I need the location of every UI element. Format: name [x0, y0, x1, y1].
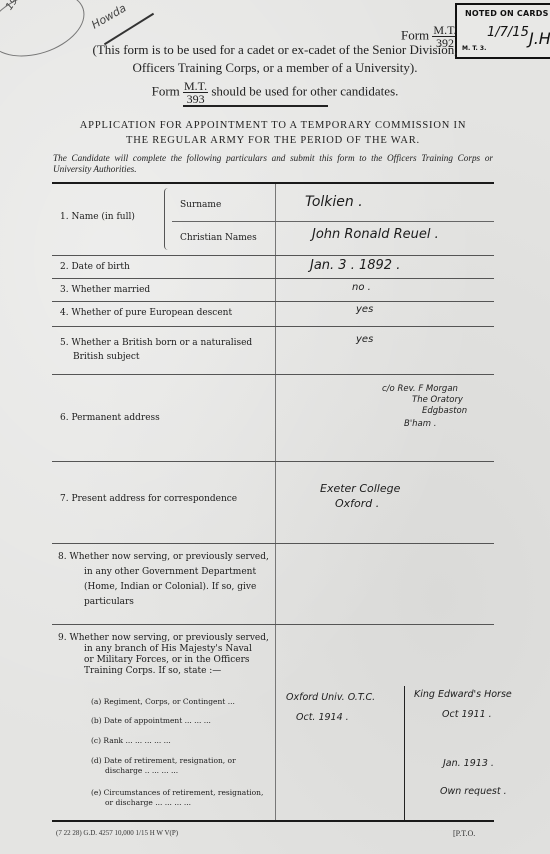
label-british-subject: 5. Whether a British born or a naturalis…: [60, 337, 252, 350]
value-british-subject: yes: [356, 334, 373, 345]
label-military-service-3: or Military Forces, or in the Officers: [84, 656, 250, 666]
label-military-service-4: Training Corps. If so, state :—: [84, 667, 221, 677]
label-married: 3. Whether married: [60, 284, 150, 297]
label-retirement-circumstances-2: or discharge ... ... ... ...: [105, 798, 191, 807]
row-divider: [52, 543, 494, 544]
value-permanent-address-1: c/o Rev. F Morgan: [382, 384, 458, 394]
stamp-date: 1/7/15: [487, 25, 529, 40]
pencil-note: Howda: [89, 1, 128, 31]
label-retirement-date: (d) Date of retirement, resignation, or: [91, 756, 236, 765]
label-govt-service-3: (Home, Indian or Colonial). If so, give: [84, 581, 256, 594]
value-permanent-address-4: B'ham .: [404, 419, 436, 429]
value-circumstances-2: Own request .: [440, 786, 507, 797]
name-brace: [164, 188, 171, 250]
value-regiment-1: Oxford Univ. O.T.C.: [286, 692, 375, 703]
intro-line-1: (This form is to be used for a cadet or …: [50, 42, 500, 58]
label-govt-service-2: in any other Government Department: [84, 566, 256, 579]
table-bottom-rule: [52, 820, 494, 822]
label-retirement-date-2: discharge .. ... ... ...: [105, 766, 178, 775]
value-christian-names: John Ronald Reuel .: [312, 227, 439, 242]
label-date-appointment: (b) Date of appointment ... ... ...: [91, 716, 211, 727]
row-divider: [52, 624, 494, 625]
value-appointment-1: Oct. 1914 .: [296, 712, 349, 723]
value-regiment-2: King Edward's Horse: [414, 689, 512, 700]
row-divider: [52, 255, 494, 256]
table-top-rule: [52, 182, 494, 184]
print-reference: (7 22 28) G.D. 4257 10,000 1/15 H W V(P): [56, 829, 178, 837]
label-british-subject-2: British subject: [73, 351, 140, 364]
column-divider: [275, 184, 276, 820]
value-retirement-date-2: Jan. 1913 .: [443, 758, 494, 769]
label-rank: (c) Rank ... ... ... ... ...: [91, 736, 171, 747]
label-regiment: (a) Regiment, Corps, or Contingent ...: [91, 697, 235, 708]
label-european-descent: 4. Whether of pure European descent: [60, 307, 232, 320]
divider: [183, 105, 328, 107]
intro-line-2: Officers Training Corps, or a member of …: [50, 60, 500, 76]
form-label: Form: [401, 27, 429, 42]
value-present-address-1: Exeter College: [320, 482, 400, 495]
value-permanent-address-3: Edgbaston: [422, 406, 467, 416]
row-divider: [52, 278, 494, 279]
value-date-of-birth: Jan. 3 . 1892 .: [310, 258, 400, 273]
label-permanent-address: 6. Permanent address: [60, 412, 160, 425]
row-divider: [172, 221, 494, 222]
label-name: 1. Name (in full): [60, 211, 135, 224]
title-line-2: THE REGULAR ARMY FOR THE PERIOD OF THE W…: [52, 134, 494, 148]
label-date-of-birth: 2. Date of birth: [60, 261, 130, 274]
stamp-initials: J.H.: [529, 29, 550, 48]
alt-form-note: Form M.T. 393 should be used for other c…: [50, 80, 500, 105]
label-christian-names: Christian Names: [180, 232, 257, 245]
value-permanent-address-2: The Oratory: [412, 395, 463, 405]
title-line-1: APPLICATION FOR APPOINTMENT TO A TEMPORA…: [52, 119, 494, 133]
label-military-service-1: 9. Whether now serving, or previously se…: [58, 634, 269, 644]
value-present-address-2: Oxford .: [335, 497, 379, 510]
service-column-divider: [404, 686, 405, 820]
row-divider: [52, 374, 494, 375]
please-turn-over: [P.T.O.: [453, 829, 475, 838]
label-surname: Surname: [180, 199, 221, 212]
label-military-service-2: in any branch of His Majesty's Naval: [84, 645, 252, 655]
label-govt-service-4: particulars: [84, 596, 134, 609]
instructions: The Candidate will complete the followin…: [53, 153, 493, 175]
row-divider: [52, 326, 494, 327]
label-retirement-circumstances: (e) Circumstances of retirement, resigna…: [91, 788, 263, 797]
row-divider: [52, 301, 494, 302]
row-divider: [52, 461, 494, 462]
value-european-descent: yes: [356, 304, 373, 315]
value-appointment-2: Oct 1911 .: [442, 709, 492, 720]
label-present-address: 7. Present address for correspondence: [60, 493, 237, 506]
stamp-title: NOTED ON CARDS: [465, 9, 549, 18]
value-surname: Tolkien .: [305, 194, 363, 210]
document-page: 19 Lanc. Fusiliers Howda Form M.T. 392 N…: [0, 0, 550, 854]
label-govt-service-1: 8. Whether now serving, or previously se…: [58, 551, 269, 564]
value-married: no .: [352, 282, 371, 293]
